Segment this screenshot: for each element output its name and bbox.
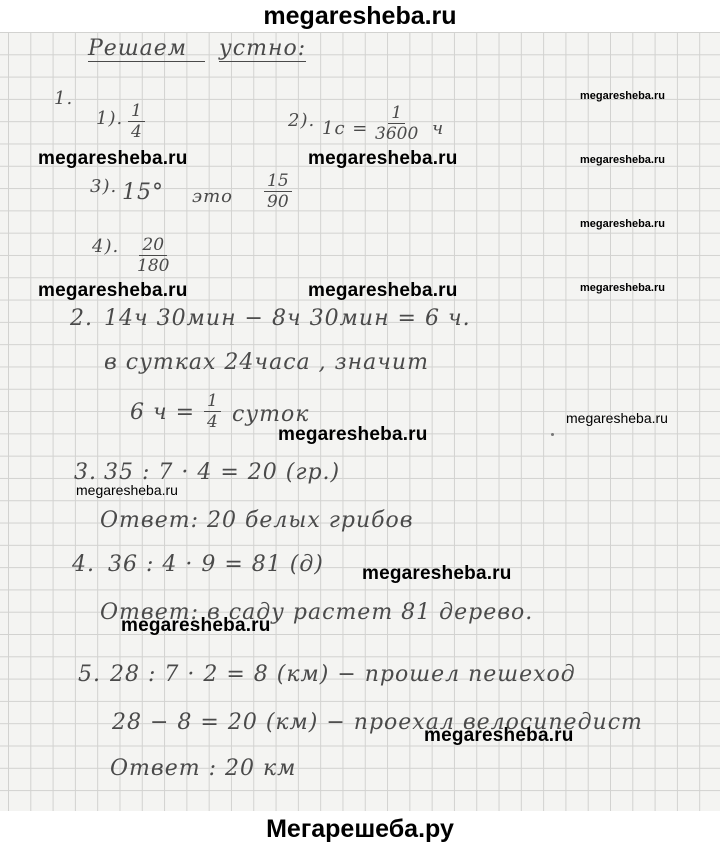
watermark: megaresheba.ru: [38, 148, 188, 170]
task2-line2: в сутках 24часа , значит: [104, 350, 429, 375]
fraction-numerator: 1: [128, 102, 145, 122]
fraction-denominator: 4: [128, 122, 145, 141]
watermark: megaresheba.ru: [38, 280, 188, 302]
title-word-1: Решаем: [88, 36, 205, 62]
fraction-numerator: 1: [204, 392, 221, 412]
fraction-denominator: 180: [134, 256, 172, 275]
fraction-numerator: 1: [388, 104, 405, 124]
task1-item1-fraction: 1 4: [128, 102, 145, 141]
title-word-2: устно:: [219, 36, 306, 62]
site-watermark-top: megaresheba.ru: [0, 0, 720, 32]
task3-answer: Ответ: 20 белых грибов: [100, 508, 414, 533]
watermark: megaresheba.ru: [424, 725, 574, 747]
task5-number: 5.: [78, 662, 101, 687]
task1-item2-lhs: 1с =: [322, 118, 368, 139]
task1-item2-unit: ч: [432, 118, 444, 139]
watermark: megaresheba.ru: [308, 148, 458, 170]
fraction-denominator: 4: [204, 412, 221, 431]
task1-item2-fraction: 1 3600: [372, 104, 421, 143]
site-watermark-bottom: Мегарешеба.ру: [0, 811, 720, 847]
watermark: megaresheba.ru: [566, 410, 668, 426]
task1-item3-angle: 15°: [122, 180, 164, 205]
watermark: megaresheba.ru: [580, 282, 665, 294]
task1-number: 1.: [54, 88, 73, 109]
watermark: megaresheba.ru: [76, 482, 178, 498]
watermark: megaresheba.ru: [308, 280, 458, 302]
fraction-denominator: 90: [264, 192, 292, 211]
ink-dot: [551, 433, 554, 436]
task1-item4-fraction: 20 180: [134, 236, 172, 275]
task1-item4-label: 4).: [92, 236, 119, 257]
fraction-numerator: 20: [139, 236, 167, 256]
task2-line3-lhs: 6 ч =: [130, 400, 195, 425]
task4-line1: 36 : 4 · 9 = 81 (д): [108, 552, 324, 577]
page-title: Решаемустно:: [88, 36, 306, 61]
task1-item1-label: 1).: [96, 108, 123, 129]
task4-number: 4.: [72, 552, 95, 577]
watermark: megaresheba.ru: [580, 154, 665, 166]
fraction-numerator: 15: [264, 172, 292, 192]
watermark: megaresheba.ru: [121, 615, 271, 637]
task1-item3-fraction: 15 90: [264, 172, 292, 211]
task1-item3-word: это: [192, 186, 233, 207]
watermark: megaresheba.ru: [580, 218, 665, 230]
task1-item2-label: 2).: [288, 110, 315, 131]
task2-line3-fraction: 1 4: [204, 392, 221, 431]
fraction-denominator: 3600: [372, 124, 421, 143]
task2-line1: 14ч 30мин − 8ч 30мин = 6 ч.: [104, 306, 471, 331]
task1-item3-label: 3).: [90, 176, 117, 197]
task2-number: 2.: [70, 306, 93, 331]
task5-line1: 28 : 7 · 2 = 8 (км) − прошел пешеход: [110, 662, 576, 687]
task5-answer: Ответ : 20 км: [110, 756, 296, 781]
watermark: megaresheba.ru: [580, 90, 665, 102]
watermark: megaresheba.ru: [362, 563, 512, 585]
watermark: megaresheba.ru: [278, 424, 428, 446]
